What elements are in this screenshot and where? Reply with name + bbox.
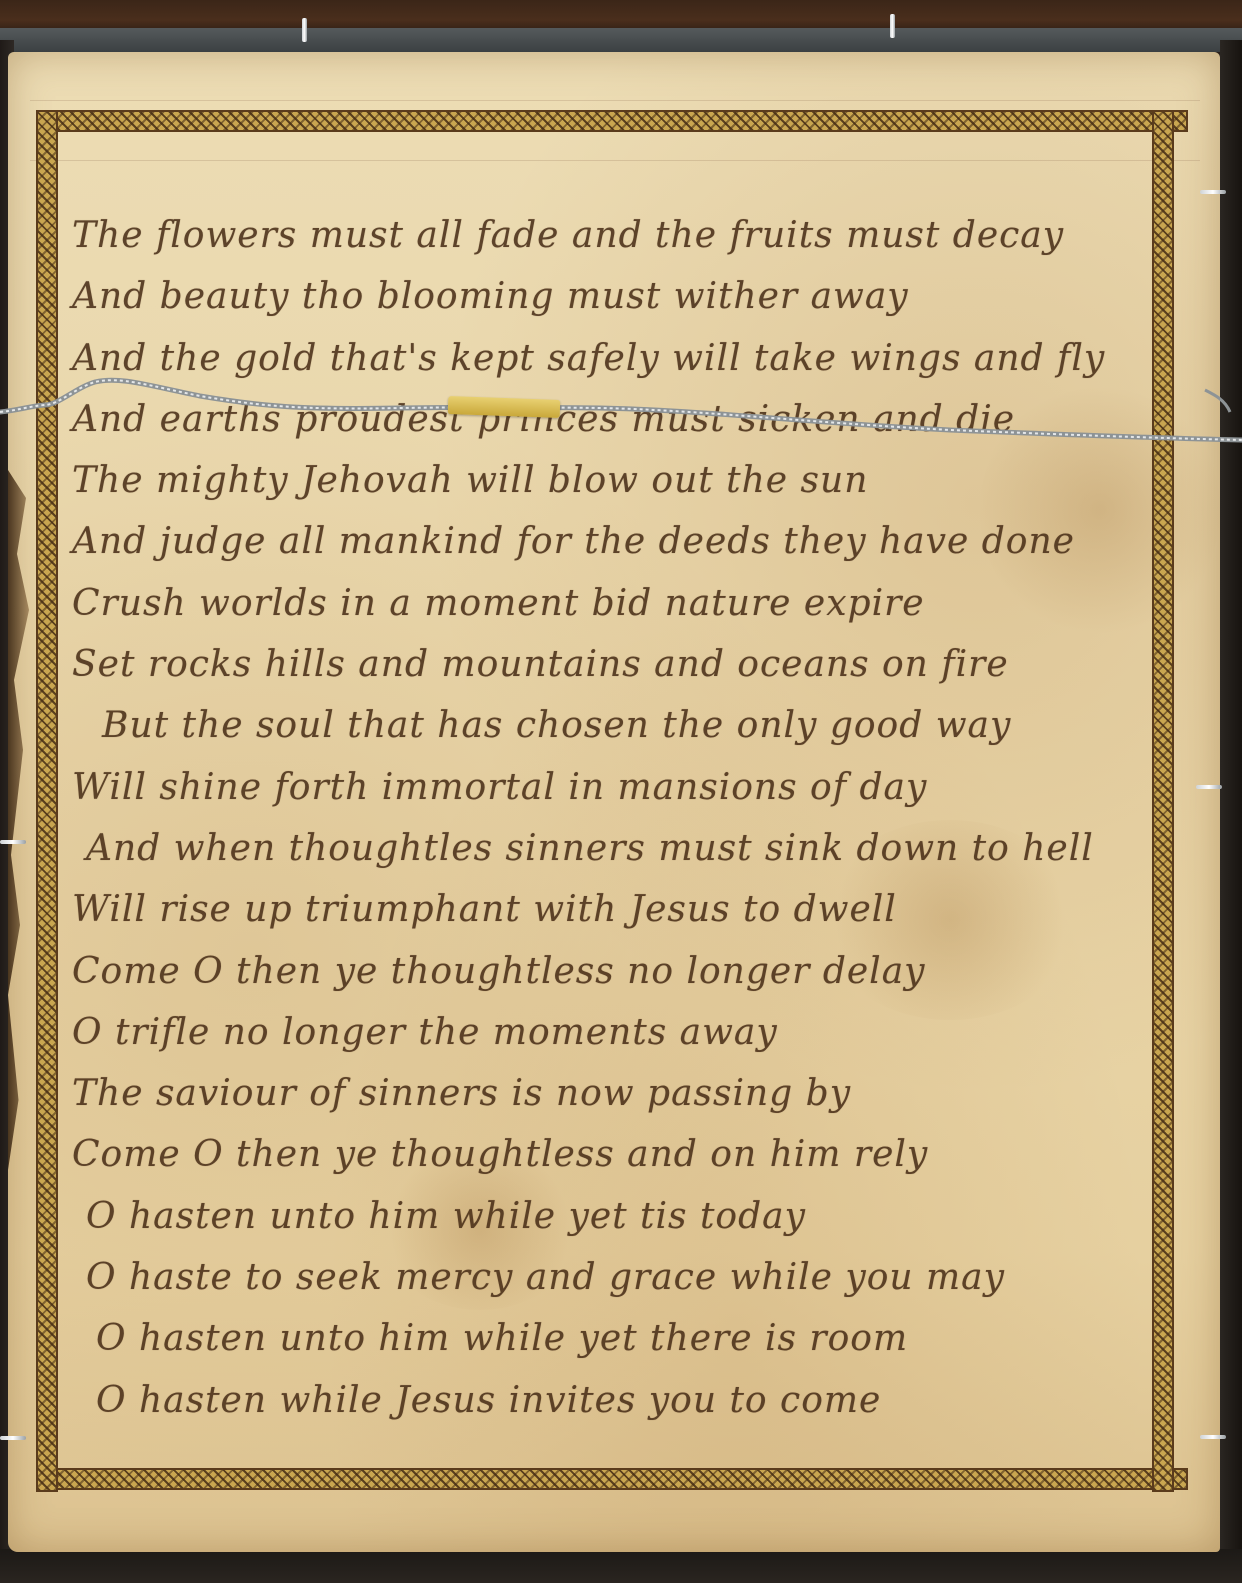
poem-line-15: The saviour of sinners is now passing by [72,1063,1152,1124]
frame-nail [0,840,26,844]
border-right [1152,110,1174,1492]
poem-line-8: Set rocks hills and mountains and oceans… [72,634,1152,695]
ruled-line [30,100,1200,101]
poem-line-10: Will shine forth immortal in mansions of… [72,757,1152,818]
poem-line-20: O hasten while Jesus invites you to come [72,1370,1152,1431]
frame-nail [302,18,307,42]
border-bottom [50,1468,1188,1490]
poem-line-7: Crush worlds in a moment bid nature expi… [72,573,1152,634]
poem-line-17: O hasten unto him while yet tis today [72,1186,1152,1247]
border-left [36,110,58,1492]
poem-line-3: And the gold that's kept safely will tak… [72,328,1152,389]
poem-line-2: And beauty tho blooming must wither away [72,266,1152,327]
frame-nail [0,1436,26,1440]
frame-glass-edge [0,28,1242,52]
poem-line-9: But the soul that has chosen the only go… [72,695,1152,756]
frame-right-edge [1220,40,1242,1583]
poem-line-14: O trifle no longer the moments away [72,1002,1152,1063]
poem-line-13: Come O then ye thoughtless no longer del… [72,941,1152,1002]
frame-nail [1196,785,1222,789]
poem-line-19: O hasten unto him while yet there is roo… [72,1308,1152,1369]
poem-line-6: And judge all mankind for the deeds they… [72,511,1152,572]
frame-nail [890,14,895,38]
poem-line-4: And earths proudest princes must sicken … [72,389,1152,450]
poem-line-18: O haste to seek mercy and grace while yo… [72,1247,1152,1308]
ruled-line [30,160,1200,161]
poem-text: The flowers must all fade and the fruits… [72,205,1152,1431]
poem-line-12: Will rise up triumphant with Jesus to dw… [72,879,1152,940]
poem-line-1: The flowers must all fade and the fruits… [72,205,1152,266]
border-top [36,110,1188,132]
poem-line-16: Come O then ye thoughtless and on him re… [72,1124,1152,1185]
poem-line-11: And when thoughtles sinners must sink do… [72,818,1152,879]
gold-paper-tag [448,396,561,418]
frame-nail [1200,190,1226,194]
frame-nail [1200,1435,1226,1439]
poem-line-5: The mighty Jehovah will blow out the sun [72,450,1152,511]
frame-bottom-edge [0,1549,1242,1583]
